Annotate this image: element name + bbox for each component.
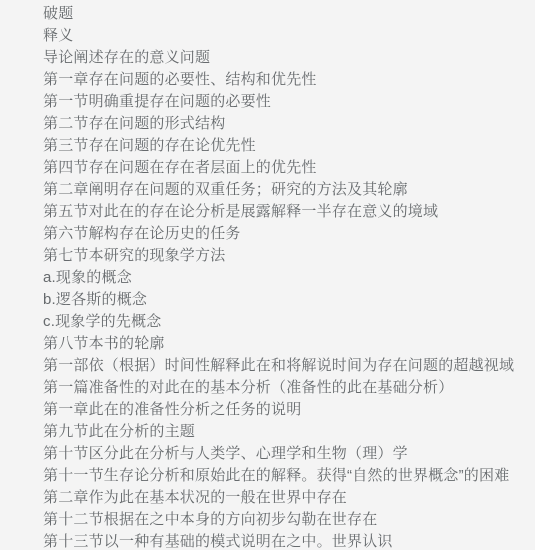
toc-line: 第一部依（根据）时间性解释此在和将解说时间为存在问题的超越视域 — [43, 355, 535, 377]
toc-line: 第一章此在的准备性分析之任务的说明 — [43, 399, 535, 421]
toc-line: 第七节本研究的现象学方法 — [43, 245, 535, 267]
toc-line: 第十三节以一种有基础的模式说明在之中。世界认识 — [43, 531, 535, 550]
toc-line: 第一章存在问题的必要性、结构和优先性 — [43, 69, 535, 91]
toc-line: 破题 — [43, 3, 535, 25]
document-page: 破题释义导论阐述存在的意义问题第一章存在问题的必要性、结构和优先性第一节明确重提… — [0, 0, 535, 550]
toc-line: 第一节明确重提存在问题的必要性 — [43, 91, 535, 113]
toc-line: 第四节存在问题在存在者层面上的优先性 — [43, 157, 535, 179]
toc-line: 第十二节根据在之中本身的方向初步勾勒在世存在 — [43, 509, 535, 531]
toc-line: 第二章作为此在基本状况的一般在世界中存在 — [43, 487, 535, 509]
toc-line: c.现象学的先概念 — [43, 311, 535, 333]
toc-line: 第三节存在问题的存在论优先性 — [43, 135, 535, 157]
toc-line: 第十节区分此在分析与人类学、心理学和生物（理）学 — [43, 443, 535, 465]
toc-line: 第八节本书的轮廓 — [43, 333, 535, 355]
toc-line: 第二章阐明存在问题的双重任务；研究的方法及其轮廓 — [43, 179, 535, 201]
toc-line: 第一篇准备性的对此在的基本分析（准备性的此在基础分析） — [43, 377, 535, 399]
toc-line: 第二节存在问题的形式结构 — [43, 113, 535, 135]
toc-line: 释义 — [43, 25, 535, 47]
toc-line: 第十一节生存论分析和原始此在的解释。获得“自然的世界概念”的困难 — [43, 465, 535, 487]
toc-line: 第五节对此在的存在论分析是展露解释一半存在意义的境域 — [43, 201, 535, 223]
toc-line: a.现象的概念 — [43, 267, 535, 289]
toc-line: 第六节解构存在论历史的任务 — [43, 223, 535, 245]
toc-list: 破题释义导论阐述存在的意义问题第一章存在问题的必要性、结构和优先性第一节明确重提… — [0, 0, 535, 550]
toc-line: 导论阐述存在的意义问题 — [43, 47, 535, 69]
toc-line: b.逻各斯的概念 — [43, 289, 535, 311]
toc-line: 第九节此在分析的主题 — [43, 421, 535, 443]
